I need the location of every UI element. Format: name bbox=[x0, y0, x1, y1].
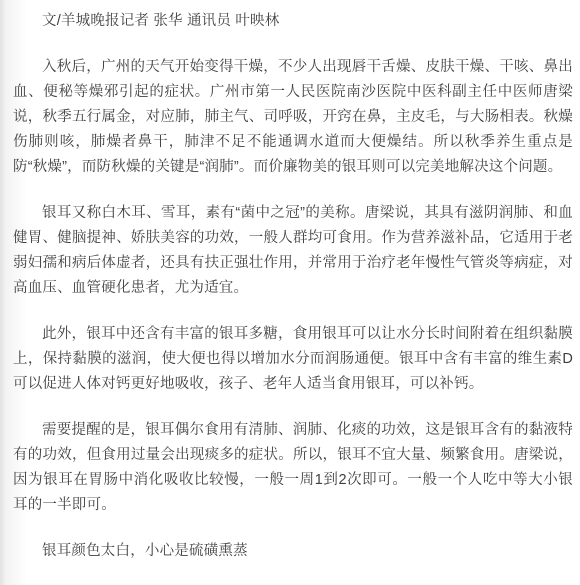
article-paragraph-2: 银耳又称白木耳、雪耳，素有“菌中之冠”的美称。唐梁说，其具有滋阴润肺、和血健胃、… bbox=[13, 201, 573, 301]
article-paragraph-3: 此外，银耳中还含有丰富的银耳多糖，食用银耳可以让水分长时间附着在组织黏膜上，保持… bbox=[13, 322, 573, 397]
article-paragraph-4: 需要提醒的是，银耳偶尔食用有清肺、润肺、化痰的功效，这是银耳含有的黏液特有的功效… bbox=[13, 418, 573, 518]
article-byline: 文/羊城晚报记者 张华 通讯员 叶映林 bbox=[13, 9, 573, 34]
article-closing-line: 银耳颜色太白，小心是硫磺熏蒸 bbox=[13, 539, 573, 564]
article-paragraph-1: 入秋后，广州的天气开始变得干燥，不少人出现唇干舌燥、皮肤干燥、干咳、鼻出血、便秘… bbox=[13, 55, 573, 180]
article-page: 文/羊城晚报记者 张华 通讯员 叶映林 入秋后，广州的天气开始变得干燥，不少人出… bbox=[0, 0, 580, 585]
